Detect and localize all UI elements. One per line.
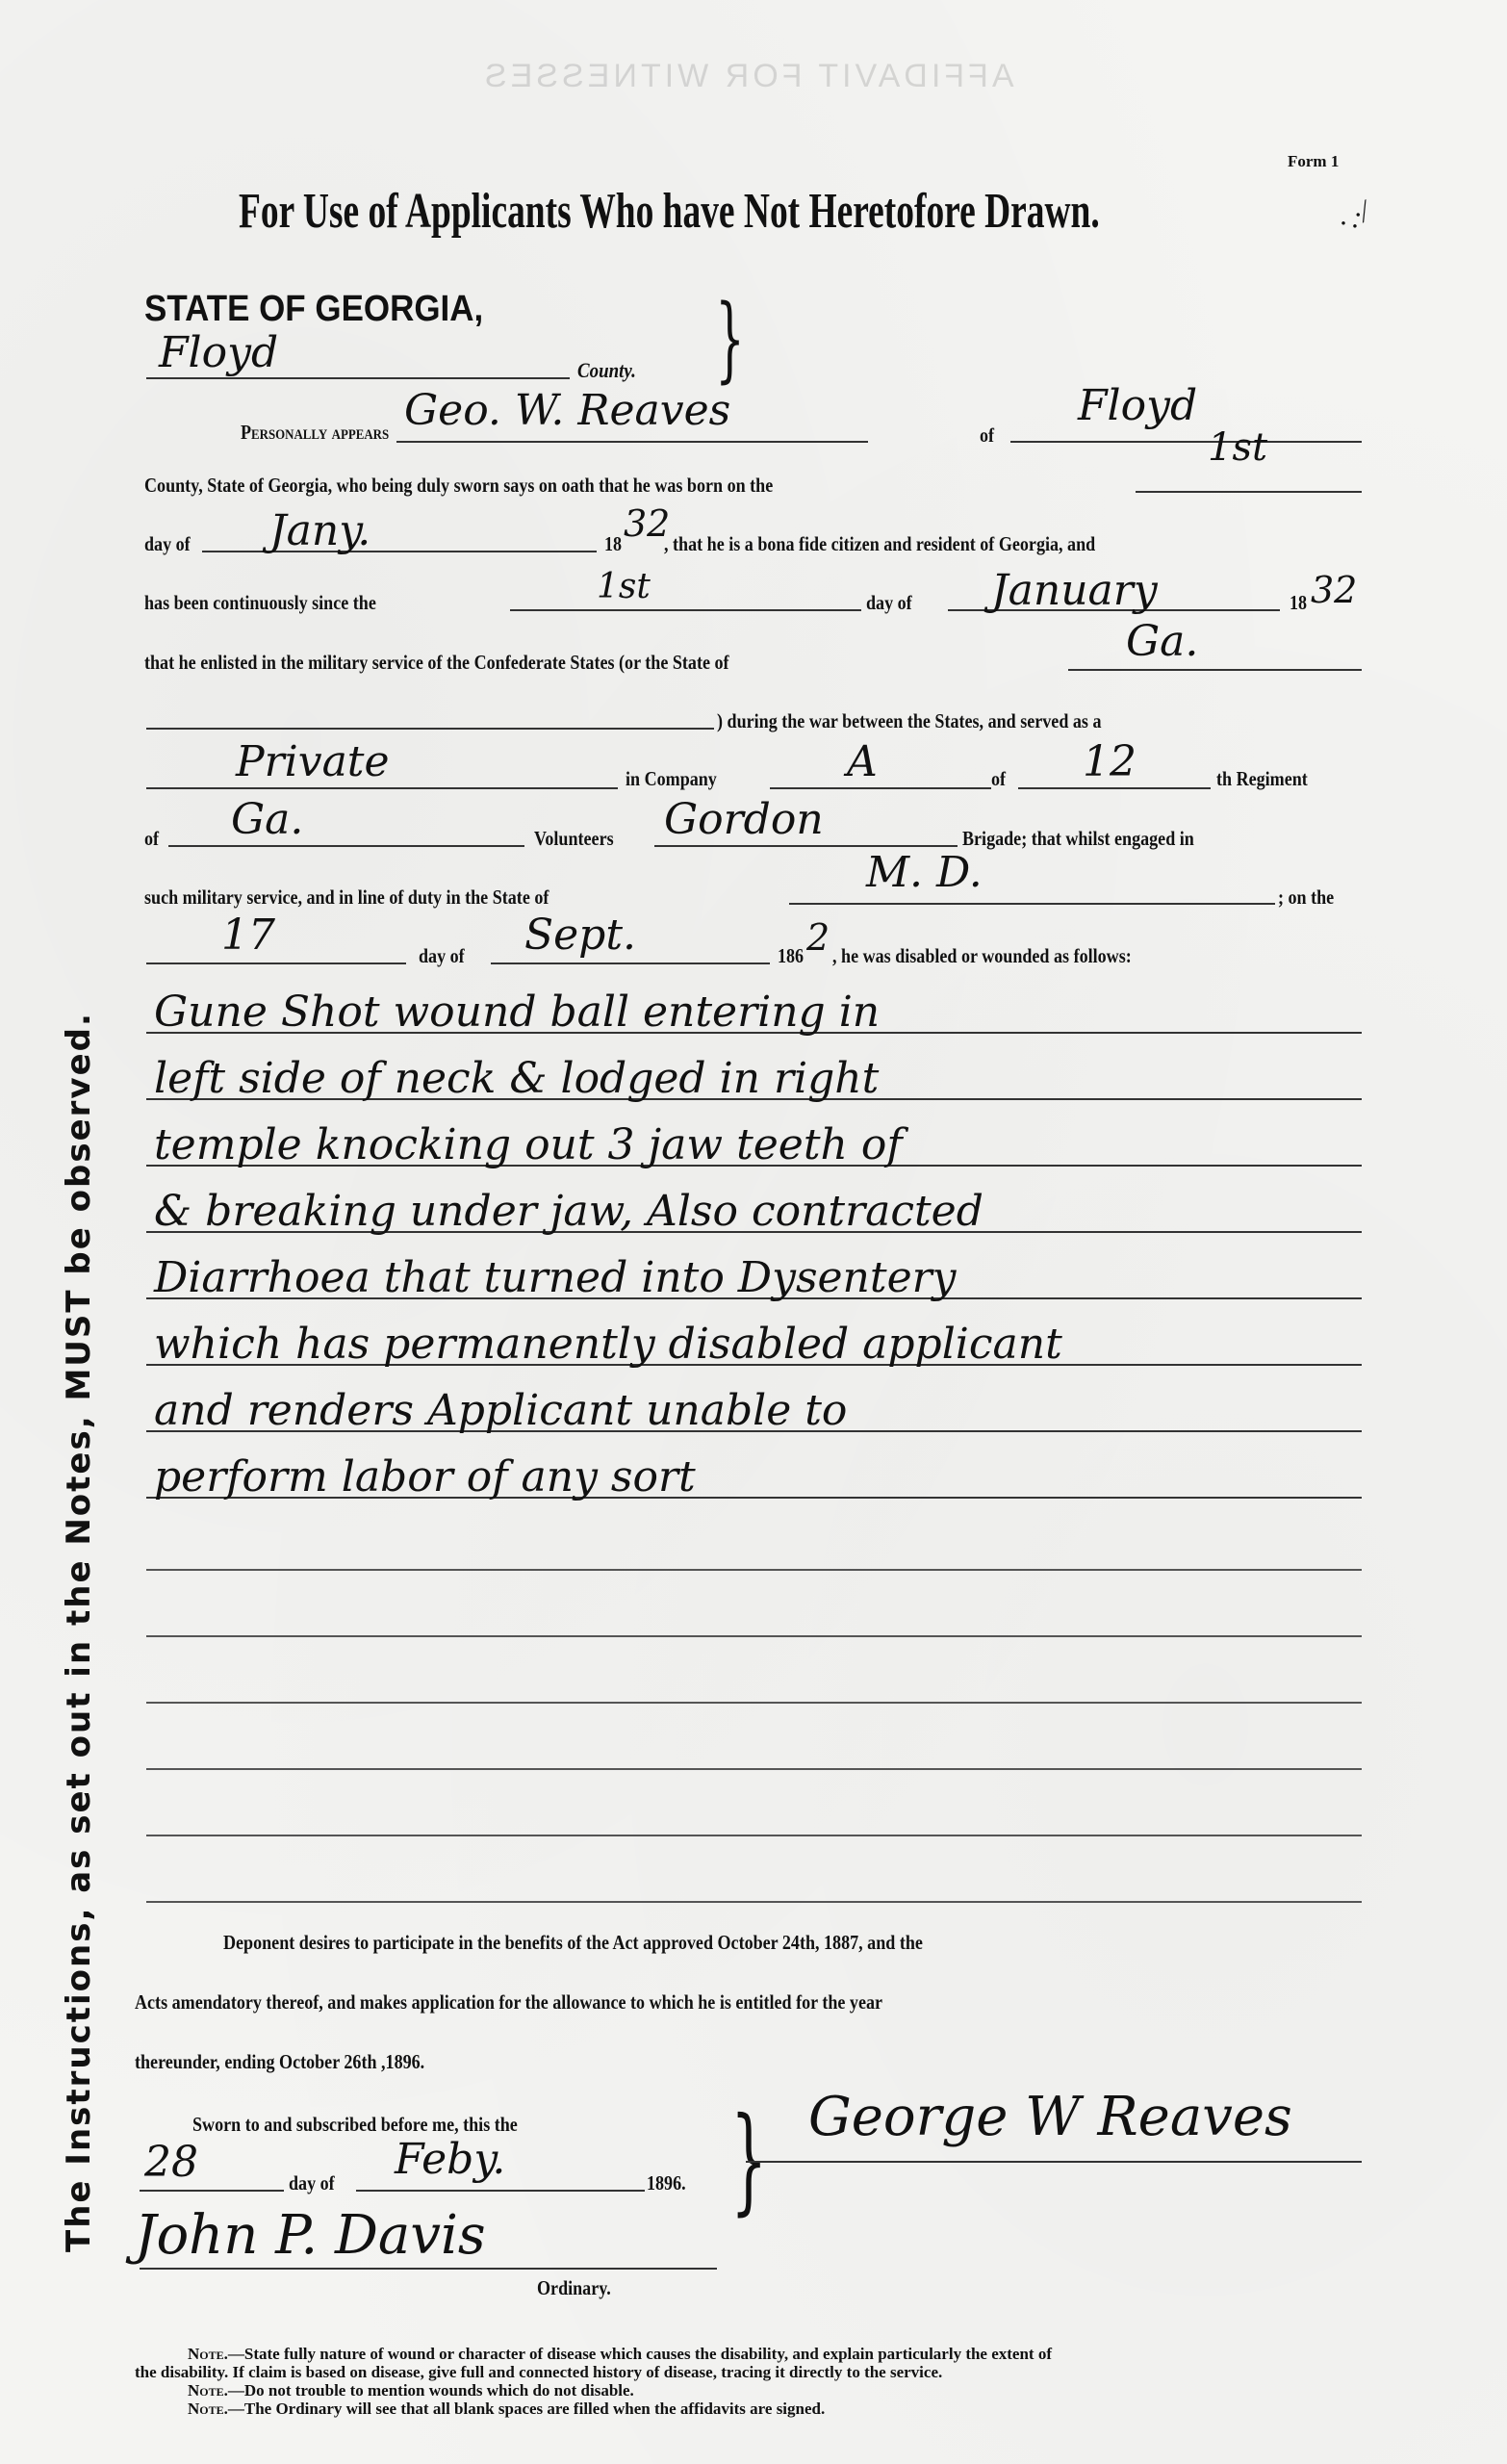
name-field-line bbox=[396, 441, 868, 443]
deponent-line-3: thereunder, ending October 26th ,1896. bbox=[135, 2050, 424, 2074]
wound-year-value[interactable]: 2 bbox=[806, 919, 830, 956]
regiment-line bbox=[1018, 787, 1211, 789]
since-month-value[interactable]: January bbox=[991, 570, 1158, 612]
note-2: Note.—Do not trouble to mention wounds w… bbox=[135, 2381, 1357, 2400]
county-value[interactable]: Floyd bbox=[159, 332, 278, 374]
in-company-label: in Company bbox=[626, 767, 717, 791]
description-line[interactable]: Gune Shot wound ball entering in bbox=[154, 991, 880, 1034]
note-1: Note.—State fully nature of wound or cha… bbox=[135, 2345, 1357, 2363]
blank-line[interactable] bbox=[146, 1901, 1362, 1903]
ordinary-label: Ordinary. bbox=[537, 2276, 611, 2300]
born-text: County, State of Georgia, who being duly… bbox=[144, 474, 773, 498]
of-label-2: of bbox=[991, 767, 1006, 791]
wound-month-line bbox=[491, 962, 770, 964]
description-line[interactable]: perform labor of any sort bbox=[154, 1456, 696, 1499]
wound-state-line bbox=[789, 903, 1275, 905]
blank-line[interactable] bbox=[146, 1835, 1362, 1836]
personally-appears-label: Personally appears bbox=[241, 421, 389, 445]
notes-section: Note.—State fully nature of wound or cha… bbox=[135, 2345, 1357, 2418]
company-line bbox=[770, 787, 991, 789]
applicant-signature-line bbox=[746, 2161, 1362, 2163]
description-line[interactable]: Diarrhoea that turned into Dysentery bbox=[154, 1257, 957, 1299]
year-prefix-2: 18 bbox=[1290, 591, 1307, 615]
day-of-label-3: day of bbox=[419, 944, 465, 968]
since-day-value[interactable]: 1st bbox=[597, 570, 651, 604]
birth-day-line bbox=[1136, 491, 1362, 493]
regiment-value[interactable]: 12 bbox=[1083, 741, 1137, 783]
vertical-instructions: The Instructions, as set out in the Note… bbox=[60, 327, 98, 2252]
residence-county-value[interactable]: Floyd bbox=[1078, 385, 1197, 427]
of-label-3: of bbox=[144, 827, 159, 851]
county-field-line bbox=[146, 377, 570, 379]
brigade-value[interactable]: Gordon bbox=[664, 799, 824, 841]
enlisted-state-line bbox=[1068, 669, 1362, 671]
th-regiment-label: th Regiment bbox=[1216, 767, 1308, 791]
disabled-text: , he was disabled or wounded as follows: bbox=[832, 944, 1132, 968]
deponent-line-2: Acts amendatory thereof, and makes appli… bbox=[135, 1990, 882, 2015]
sworn-day-value[interactable]: 28 bbox=[144, 2142, 198, 2184]
company-value[interactable]: A bbox=[847, 741, 878, 783]
enlisted-state-value[interactable]: Ga. bbox=[1126, 621, 1198, 663]
year-186-prefix: 186 bbox=[778, 944, 804, 968]
line-of-duty-text: such military service, and in line of du… bbox=[144, 885, 549, 910]
volunteers-state-line bbox=[168, 845, 524, 847]
of-label: of bbox=[980, 423, 994, 448]
description-line[interactable]: temple knocking out 3 jaw teeth of bbox=[154, 1124, 903, 1167]
description-line[interactable]: and renders Applicant unable to bbox=[154, 1390, 847, 1432]
bleed-through-text: AFFIDAVIT FOR WITNESSES bbox=[481, 58, 1014, 95]
affidavit-page: AFFIDAVIT FOR WITNESSES Form 1 For Use o… bbox=[0, 0, 1507, 2464]
rank-value[interactable]: Private bbox=[236, 741, 390, 783]
birth-month-line bbox=[202, 551, 597, 552]
continuously-text: has been continuously since the bbox=[144, 591, 376, 615]
wound-day-line bbox=[146, 962, 406, 964]
sworn-day-line bbox=[140, 2190, 284, 2192]
brigade-text: Brigade; that whilst engaged in bbox=[962, 827, 1194, 851]
form-title: For Use of Applicants Who have Not Heret… bbox=[239, 183, 1100, 240]
ordinary-signature-line bbox=[140, 2268, 717, 2270]
brace: } bbox=[715, 285, 745, 393]
description-line[interactable]: which has permanently disabled applicant bbox=[154, 1323, 1062, 1366]
note-1-cont: the disability. If claim is based on dis… bbox=[135, 2363, 1357, 2381]
residence-field-line bbox=[1010, 441, 1362, 443]
blank-line[interactable] bbox=[146, 1569, 1362, 1571]
county-label: County. bbox=[577, 358, 636, 383]
brigade-line bbox=[654, 845, 958, 847]
deponent-line-1: Deponent desires to participate in the b… bbox=[223, 1931, 923, 1955]
state-heading: STATE OF GEORGIA, bbox=[144, 289, 483, 330]
blank-line[interactable] bbox=[146, 1768, 1362, 1770]
ordinary-signature[interactable]: John P. Davis bbox=[135, 2209, 486, 2263]
applicant-signature[interactable]: George W Reaves bbox=[808, 2091, 1292, 2144]
day-of-label: day of bbox=[144, 532, 191, 556]
enlisted-blank-line bbox=[146, 728, 714, 730]
enlisted-text: that he enlisted in the military service… bbox=[144, 651, 729, 675]
day-of-label-2: day of bbox=[866, 591, 912, 615]
birth-month-value[interactable]: Jany. bbox=[269, 510, 370, 552]
applicant-name-value[interactable]: Geo. W. Reaves bbox=[404, 390, 730, 432]
since-year-value[interactable]: 32 bbox=[1311, 572, 1357, 608]
description-line[interactable]: & breaking under jaw, Also contracted bbox=[154, 1191, 983, 1233]
year-prefix: 18 bbox=[604, 532, 622, 556]
note-3: Note.—The Ordinary will see that all bla… bbox=[135, 2400, 1357, 2418]
year-1896: 1896. bbox=[647, 2171, 686, 2195]
description-line[interactable]: left side of neck & lodged in right bbox=[154, 1058, 879, 1100]
rank-line bbox=[146, 787, 618, 789]
blank-line[interactable] bbox=[146, 1635, 1362, 1637]
bona-fide-text: , that he is a bona fide citizen and res… bbox=[664, 532, 1095, 556]
ink-specks: ·.·⁄ bbox=[1332, 196, 1375, 241]
wound-month-value[interactable]: Sept. bbox=[524, 914, 636, 957]
wound-state-value[interactable]: M. D. bbox=[866, 852, 983, 894]
blank-line[interactable] bbox=[146, 1702, 1362, 1704]
on-the-label: ; on the bbox=[1278, 885, 1334, 910]
birth-day-value[interactable]: 1st bbox=[1208, 428, 1267, 467]
sworn-month-line bbox=[356, 2190, 645, 2192]
wound-day-value[interactable]: 17 bbox=[221, 914, 275, 957]
day-of-label-4: day of bbox=[289, 2171, 335, 2195]
sworn-text: Sworn to and subscribed before me, this … bbox=[192, 2113, 518, 2137]
during-war-text: ) during the war between the States, and… bbox=[717, 709, 1101, 733]
form-number: Form 1 bbox=[1288, 152, 1339, 171]
volunteers-state-value[interactable]: Ga. bbox=[231, 799, 303, 841]
sworn-month-value[interactable]: Feby. bbox=[395, 2139, 505, 2181]
since-day-line bbox=[510, 609, 861, 611]
volunteers-label: Volunteers bbox=[534, 827, 614, 851]
